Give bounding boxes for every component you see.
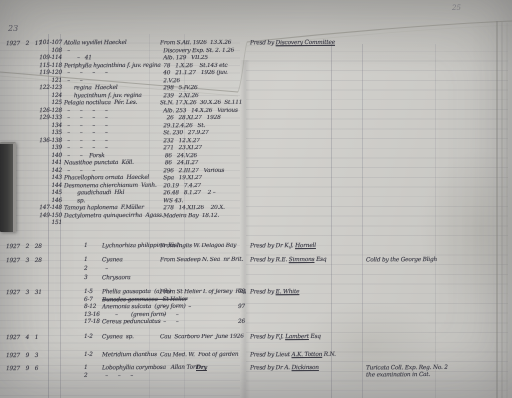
- page-number-left: 23: [8, 24, 18, 33]
- species-name: Atolla wyvillei Haeckel: [64, 40, 172, 48]
- entry-block-1927-2-17: 1927 2 17 101-107 Atolla wyvillei Haecke…: [0, 40, 512, 228]
- registration-number: 108: [38, 47, 62, 54]
- margin-note: [366, 190, 498, 191]
- locality-and-date: From Inglis W. Delagoa Bay: [160, 243, 246, 251]
- locality-and-date: Spa 19.XI.27: [160, 175, 246, 183]
- ledger-row: 144 Desmonema chierchianum Vanh. 20.19 7…: [0, 183, 512, 191]
- registration-number: 101-107: [38, 40, 62, 47]
- presented-by: [250, 145, 372, 146]
- presented-by: [250, 212, 372, 213]
- margin-note: [366, 243, 498, 244]
- presented-by: [250, 205, 372, 206]
- margin-note: [366, 100, 498, 101]
- registration-number: 145: [38, 190, 62, 197]
- margin-note: [366, 212, 498, 213]
- locality-and-date: From S.Atl. 1926 13.X.26: [160, 40, 246, 48]
- ledger-row: 1 Lobophyllia corymbosa Allan Torr Dry P…: [0, 365, 512, 373]
- margin-note: [366, 205, 498, 206]
- margin-note: [366, 145, 498, 146]
- margin-note: [366, 311, 498, 312]
- species-name: Nausithoe punctata Köll.: [64, 160, 172, 168]
- presented-by: [250, 85, 372, 86]
- locality-and-date: WS 43.: [160, 197, 246, 205]
- presented-by: [250, 100, 372, 101]
- locality-and-date: 298 5.IV.26: [160, 85, 246, 93]
- registration-number: 125: [38, 100, 62, 107]
- margin-note: [366, 107, 498, 108]
- registration-number: 140: [38, 152, 62, 159]
- margin-note: [366, 40, 498, 41]
- margin-note: [366, 115, 498, 116]
- ledger-row: 139 – – – – 271 23.XI.27: [0, 145, 512, 153]
- presented-by: Presd by F.J. Lambert Esq: [250, 334, 372, 342]
- locality-and-date: – – –: [160, 304, 246, 312]
- species-name: – – – –: [64, 137, 172, 145]
- ledger-row: 134 – – – – 29.12.4.26 St.: [0, 123, 512, 131]
- locality-and-date: 20.19 7.4.27: [160, 182, 246, 190]
- presented-by: [250, 175, 372, 176]
- locality-and-date: 86 24.V.26: [160, 152, 246, 160]
- presented-by: [250, 220, 372, 221]
- locality-and-date: Discovery Exp. St. 2. 1.26: [160, 47, 246, 55]
- registration-number: 136-138: [38, 137, 62, 144]
- item-number: 2: [84, 372, 100, 379]
- presented-by: [250, 197, 372, 198]
- locality-and-date: 278 14.XII.26 20.X.: [160, 205, 246, 213]
- ledger-row: 108 – Discovery Exp. St. 2. 1.26: [0, 48, 512, 56]
- registration-number: 143: [38, 175, 62, 182]
- presented-by: [250, 152, 372, 153]
- locality-and-date: 232 12.X.27: [160, 137, 246, 145]
- item-number: 8-12: [84, 304, 100, 311]
- species-name: Dactylometra quinquecirrha Agass.: [64, 212, 172, 220]
- item-number: 3: [84, 275, 100, 282]
- entry-block-1927-9-6: 1927 9 6 1 Lobophyllia corymbosa Allan T…: [0, 365, 512, 380]
- margin-note: [366, 55, 498, 56]
- ledger-row: 101-107 Atolla wyvillei Haeckel From S.A…: [0, 40, 512, 48]
- rows-container: 101-107 Atolla wyvillei Haeckel From S.A…: [0, 40, 512, 228]
- presented-by: [250, 190, 372, 191]
- ledger-row: 119-120 – – – – 40 21.1.27 1926 (juv.: [0, 70, 512, 78]
- locality-and-date: 239 2.XI.26: [160, 92, 246, 100]
- ledger-row: 129-133 – – – – 26 28.XI.27 1928: [0, 115, 512, 123]
- margin-note: [366, 197, 498, 198]
- species-name: Bunodes gemmacea St Helier: [102, 296, 194, 304]
- species-name: – – Forsk: [64, 152, 172, 160]
- registration-number: 121: [38, 77, 62, 84]
- item-number: 1-5: [84, 289, 100, 296]
- presented-by: [250, 62, 372, 63]
- entry-block-1927-9-3: 1927 9 3 1-2 Metridium dianthus Cau Med.…: [0, 352, 512, 360]
- ledger-row: 142 – – – 296 2.III.27 Various: [0, 168, 512, 176]
- locality-and-date: Madeira Bay 18.12.: [160, 212, 246, 220]
- species-name: hyacinthum f. juv. regina: [64, 92, 172, 100]
- ledger-row: 136-138 – – – – 232 12.X.27: [0, 138, 512, 146]
- entry-block-1927-2-28: 1927 2 28 1 Lychnorhiza philippina Kish.…: [0, 243, 512, 251]
- species-name: –: [102, 266, 194, 274]
- locality-and-date: 271 23.XI.27: [160, 145, 246, 153]
- presented-by: [250, 115, 372, 116]
- margin-note: [366, 92, 498, 93]
- species-name: –: [64, 47, 172, 55]
- entry-block-1927-3-31: 1927 3 31 1-5 Phellia gausapata (a) (b) …: [0, 289, 512, 327]
- ledger-row: 126-128 – – – – Alb. 253 14.X.26 Various: [0, 108, 512, 116]
- margin-note: [366, 130, 498, 131]
- ledger-row: 13-16 – (green form) – –: [0, 312, 512, 320]
- item-number: 1: [84, 243, 100, 250]
- species-name: – – –: [102, 372, 194, 380]
- registration-number: 139: [38, 145, 62, 152]
- presented-by: [250, 122, 372, 123]
- species-name: regina Haeckel: [64, 85, 172, 93]
- margin-note: [366, 160, 498, 161]
- ledger-row: 124 hyacinthum f. juv. regina 239 2.XI.2…: [0, 93, 512, 101]
- species-name: Phacellophora ornata Haeckel: [64, 175, 172, 183]
- ledger-row: 1 Lychnorhiza philippina Kish. From Ingl…: [0, 243, 512, 251]
- presented-by: [250, 275, 372, 276]
- registration-number: 126-128: [38, 107, 62, 114]
- ledger-row: 145 gaudichaudi Hkl 26.48 8.1.27 2 –: [0, 190, 512, 198]
- locality-and-date: 29.12.4.26 St.: [160, 122, 246, 130]
- locality-and-date: – –: [160, 311, 246, 319]
- presented-by: Presd by Dr K.J. Hornell: [250, 243, 372, 251]
- registration-number: 141: [38, 160, 62, 167]
- registration-number: 146: [38, 197, 62, 204]
- ledger-row: 149-150 Dactylometra quinquecirrha Agass…: [0, 213, 512, 221]
- dry-annotation: Dry: [196, 365, 207, 372]
- margin-note: [366, 85, 498, 86]
- locality-and-date: 2.V.26: [160, 77, 246, 85]
- registration-number: 149-150: [38, 212, 62, 219]
- locality-and-date: [160, 220, 246, 221]
- entry-block-1927-4-1: 1927 4 1 1-2 Cyanea sp. Cau Scarboro Pie…: [0, 334, 512, 342]
- presented-by: [250, 92, 372, 93]
- ledger-row: 8-12 Anemonia sulcata (grey form) – – – …: [0, 304, 512, 312]
- species-name: Pelagia noctiluca Pér. Les.: [64, 100, 172, 108]
- ledger-row: 2 – – –: [0, 373, 512, 381]
- locality-and-date: 26 28.XI.27 1928: [160, 115, 246, 123]
- locality-and-date: Cau Med. W. Foot of garden: [160, 352, 246, 360]
- margin-note: [366, 289, 498, 290]
- ledger-row: 121 – – 2.V.26: [0, 78, 512, 86]
- margin-note: [366, 275, 498, 276]
- ledger-row: 151: [0, 220, 512, 228]
- ledger-row: 125 Pelagia noctiluca Pér. Les. St.N. 17…: [0, 100, 512, 108]
- species-name: [64, 220, 172, 221]
- locality-and-date: 78 1.X.26 St.143 etc: [160, 62, 246, 70]
- rows-container: 1-2 Cyanea sp. Cau Scarboro Pier June 19…: [0, 334, 512, 342]
- margin-note: [366, 182, 498, 183]
- species-name: – – – –: [64, 130, 172, 138]
- presented-by: [250, 372, 372, 373]
- species-name: sp.: [64, 197, 172, 205]
- presented-by: [250, 311, 372, 312]
- ledger-row: 6-7 Bunodes gemmacea St Helier: [0, 297, 512, 305]
- locality-and-date: 40 21.1.27 1926 (juv.: [160, 70, 246, 78]
- registration-number: 115-118: [38, 62, 62, 69]
- species-name: – – – –: [64, 115, 172, 123]
- ledger-row: 109-114 – 41 Alb. 129 VII.25: [0, 55, 512, 63]
- margin-note: [366, 220, 498, 221]
- locality-and-date: 26.48 8.1.27 2 –: [160, 190, 246, 198]
- ledger-row: 1 Cyanea From Seadeep N. Sea nr Brit. Pr…: [0, 257, 512, 266]
- registration-number: 129-133: [38, 115, 62, 122]
- species-name: – – – –: [64, 107, 172, 115]
- species-name: Desmonema chierchianum Vanh.: [64, 182, 172, 190]
- species-name: – 41: [64, 55, 172, 63]
- ledger-row: 140 – – Forsk 86 24.V.26: [0, 153, 512, 161]
- presented-by: Presd by Discovery Committee: [250, 40, 372, 48]
- margin-note: [366, 47, 498, 48]
- margin-note: [366, 167, 498, 168]
- registration-number: 122-123: [38, 85, 62, 92]
- presented-by: Presd by E. White: [250, 289, 372, 297]
- item-number: 6-7: [84, 296, 100, 303]
- ledger-row: 17-18 Cereus pedunculatus – – 26: [0, 319, 512, 327]
- ledger-row: 135 – – – – St. 230 27.9.27: [0, 130, 512, 138]
- item-number: 2: [84, 266, 100, 273]
- presented-by: [250, 160, 372, 161]
- quantity: 97: [238, 304, 252, 311]
- ledger-row: 147-148 Tamoya haplonema F.Müller 278 14…: [0, 205, 512, 213]
- item-number: 1-2: [84, 334, 100, 341]
- species-name: – – – –: [64, 122, 172, 130]
- species-name: – – – –: [64, 70, 172, 78]
- presented-by: [250, 47, 372, 48]
- registration-number: 134: [38, 122, 62, 129]
- presented-by: [250, 304, 372, 305]
- presented-by: [250, 77, 372, 78]
- quantity: 26: [238, 319, 252, 326]
- margin-note: [366, 319, 498, 320]
- locality-and-date: Alb. 253 14.X.26 Various: [160, 107, 246, 115]
- registration-number: 147-148: [38, 205, 62, 212]
- margin-note: [366, 137, 498, 138]
- species-name: – – – –: [64, 145, 172, 153]
- rows-container: 1 Lobophyllia corymbosa Allan Torr Dry P…: [0, 365, 512, 380]
- rows-container: 1 Lychnorhiza philippina Kish. From Ingl…: [0, 243, 512, 251]
- presented-by: [250, 167, 372, 168]
- margin-note: Colld by the George Bligh: [366, 257, 498, 265]
- species-name: Periphylla hyacinthina f. juv. regina: [64, 62, 172, 70]
- rows-container: 1 Cyanea From Seadeep N. Sea nr Brit. Pr…: [0, 257, 512, 284]
- presented-by: Presd by R.E. Simmons Esq: [250, 257, 372, 265]
- registration-number: 142: [38, 167, 62, 174]
- entry-block-1927-3-28: 1927 3 28 1 Cyanea From Seadeep N. Sea n…: [0, 257, 512, 284]
- margin-note: [366, 77, 498, 78]
- item-number: 1-2: [84, 352, 100, 359]
- presented-by: [250, 70, 372, 71]
- ledger-row: 115-118 Periphylla hyacinthina f. juv. r…: [0, 63, 512, 71]
- presented-by: Presd by Lieut A.K. Totton R.N.: [250, 352, 372, 360]
- margin-note: [366, 352, 498, 353]
- ledger-row: 141 Nausithoe punctata Köll. 86 24.II.27: [0, 160, 512, 168]
- species-name: – – –: [64, 167, 172, 175]
- rows-container: 1-5 Phellia gausapata (a) (b) From St He…: [0, 289, 512, 327]
- item-number: 13-16: [84, 311, 100, 318]
- locality-and-date: St.N. 17.X.26 30.X.26 St.111: [160, 100, 246, 108]
- locality-and-date: Alb. 129 VII.25: [160, 55, 246, 63]
- presented-by: [250, 137, 372, 138]
- ledger-row: 1-5 Phellia gausapata (a) (b) From St He…: [0, 289, 512, 297]
- margin-note: [366, 296, 498, 297]
- ledger-row: 1-2 Cyanea sp. Cau Scarboro Pier June 19…: [0, 334, 512, 342]
- species-name: – –: [64, 77, 172, 85]
- registration-number: 151: [38, 220, 62, 227]
- species-name: Chrysaora: [102, 275, 194, 283]
- presented-by: [250, 130, 372, 131]
- register-scan: 23 25 1927 2 17 101-107 Atolla wyvillei …: [0, 0, 512, 398]
- locality-and-date: From Seadeep N. Sea nr Brit.: [160, 257, 246, 265]
- registration-number: 124: [38, 92, 62, 99]
- ledger-row: 146 sp. WS 43.: [0, 198, 512, 206]
- registration-number: 135: [38, 130, 62, 137]
- rows-container: 1-2 Metridium dianthus Cau Med. W. Foot …: [0, 352, 512, 360]
- registration-number: 119-120: [38, 70, 62, 77]
- locality-and-date: St. 230 27.9.27: [160, 130, 246, 138]
- presented-by: [250, 182, 372, 183]
- presented-by: [250, 107, 372, 108]
- item-number: 1: [84, 257, 100, 264]
- item-number: 17-18: [84, 319, 100, 326]
- species-name: Tamoya haplonema F.Müller: [64, 205, 172, 213]
- ledger-row: 122-123 regina Haeckel 298 5.IV.26: [0, 85, 512, 93]
- margin-note: [366, 152, 498, 153]
- presented-by: [250, 266, 372, 267]
- locality-and-date: – –: [160, 319, 246, 327]
- item-number: 1: [84, 365, 100, 372]
- margin-note: [366, 122, 498, 123]
- locality-and-date: From St Helier I. of Jersey Regd: [160, 289, 246, 297]
- locality-and-date: 86 24.II.27: [160, 160, 246, 168]
- margin-note: [366, 304, 498, 305]
- species-name: Lobophyllia corymbosa Allan Torr: [102, 365, 194, 373]
- margin-note: [366, 62, 498, 63]
- presented-by: Presd by Dr A. Dickinson: [250, 365, 372, 373]
- margin-note: [366, 266, 498, 267]
- registration-number: 144: [38, 182, 62, 189]
- locality-and-date: Cau Scarboro Pier June 1926: [160, 334, 246, 342]
- presented-by: [250, 319, 372, 320]
- registration-number: 109-114: [38, 55, 62, 62]
- presented-by: [250, 55, 372, 56]
- locality-and-date: 296 2.III.27 Various: [160, 167, 246, 175]
- presented-by: [250, 296, 372, 297]
- margin-note: [366, 372, 498, 373]
- page-number-right: 25: [452, 4, 461, 12]
- ledger-row: 2 –: [0, 266, 512, 275]
- margin-note: [366, 70, 498, 71]
- ledger-row: 3 Chrysaora: [0, 275, 512, 284]
- ledger-row: 143 Phacellophora ornata Haeckel Spa 19.…: [0, 175, 512, 183]
- margin-note: [366, 175, 498, 176]
- ledger-row: 1-2 Metridium dianthus Cau Med. W. Foot …: [0, 352, 512, 360]
- species-name: gaudichaudi Hkl: [64, 190, 172, 198]
- margin-note: [366, 334, 498, 335]
